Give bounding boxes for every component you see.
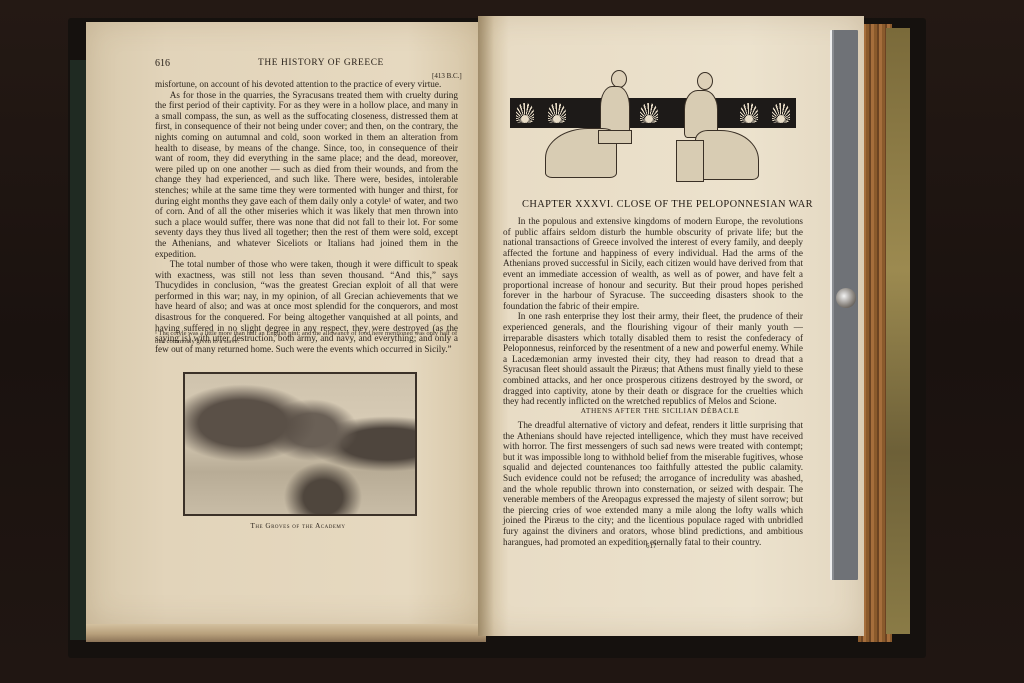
groves-illustration xyxy=(183,372,417,516)
page-edges-bottom xyxy=(86,622,486,642)
palmette-ornament xyxy=(516,103,534,123)
right-page-number: 617 xyxy=(646,542,657,550)
left-page-number: 616 xyxy=(155,58,170,69)
right-page-body: In the populous and extensive kingdoms o… xyxy=(503,216,803,407)
ruler-rivet xyxy=(836,288,856,308)
book-gutter xyxy=(478,16,494,636)
marbled-endpaper xyxy=(886,28,910,634)
paragraph: In one rash enterprise they lost their a… xyxy=(503,311,803,406)
running-head: THE HISTORY OF GREECE xyxy=(258,58,384,68)
section-heading: ATHENS AFTER THE SICILIAN DÉBACLE xyxy=(500,406,820,415)
paragraph: misfortune, on account of his devoted at… xyxy=(155,79,458,90)
illustration-caption: The Groves of the Academy xyxy=(183,522,413,530)
palmette-ornament xyxy=(640,103,658,123)
chapter-title: CHAPTER XXXVI. CLOSE OF THE PELOPONNESIA… xyxy=(505,199,830,210)
palmette-ornament xyxy=(740,103,758,123)
palmette-ornament xyxy=(548,103,566,123)
palmette-ornament xyxy=(772,103,790,123)
section-body: The dreadful alternative of victory and … xyxy=(503,420,803,547)
paragraph: As for those in the quarries, the Syracu… xyxy=(155,90,458,260)
paragraph: In the populous and extensive kingdoms o… xyxy=(503,216,803,311)
left-page-body: misfortune, on account of his devoted at… xyxy=(155,79,458,354)
footnote: ¹ The cotyle was a little more than half… xyxy=(155,330,458,346)
paragraph: The dreadful alternative of victory and … xyxy=(503,420,803,547)
